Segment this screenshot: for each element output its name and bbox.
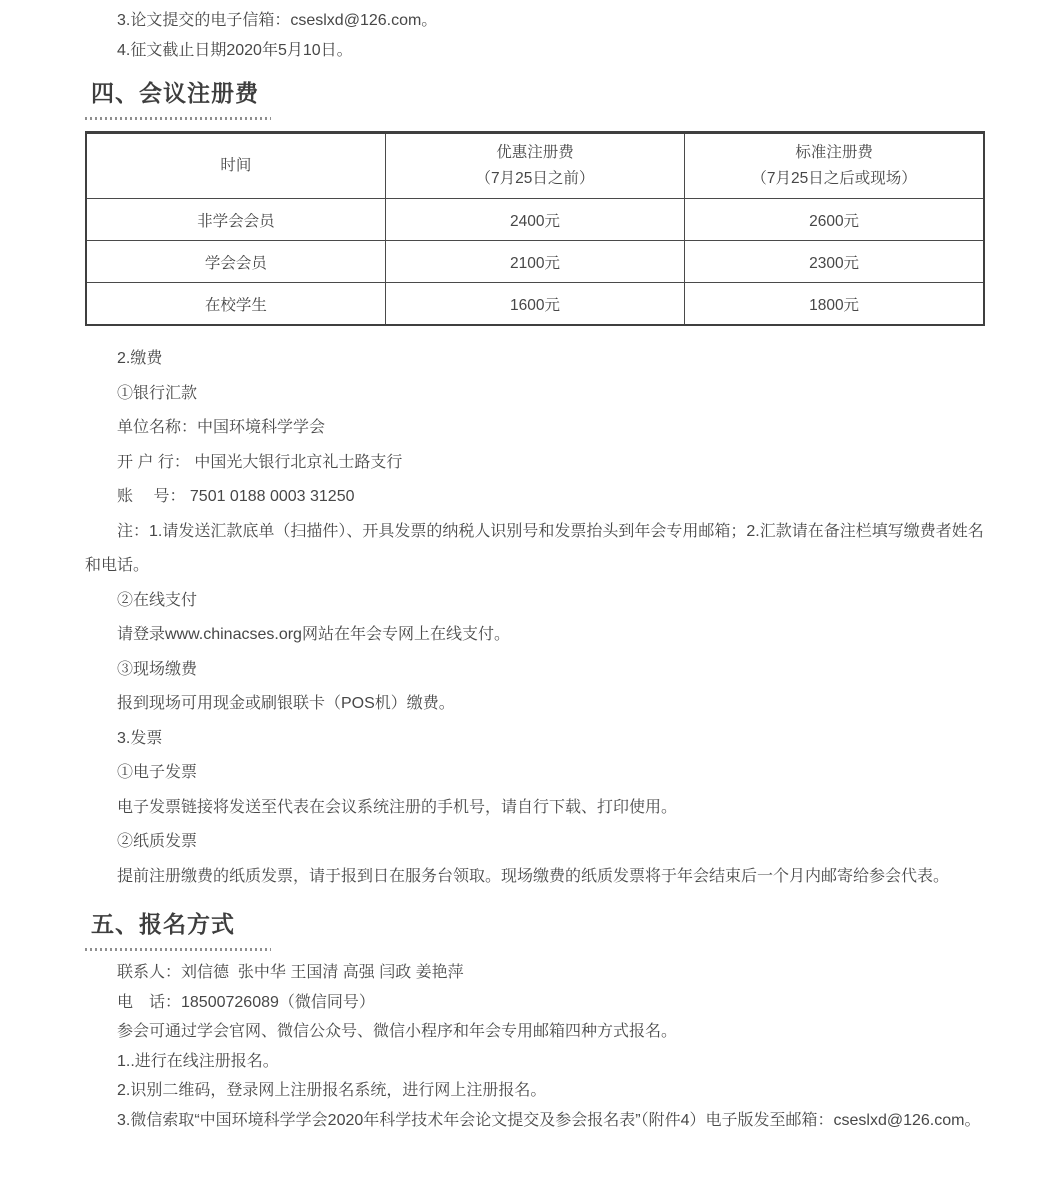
paragraph: 单位名称：中国环境科学学会 xyxy=(85,411,985,446)
paragraph: 参会可通过学会官网、微信公众号、微信小程序和年会专用邮箱四种方式报名。 xyxy=(85,1017,985,1047)
table-header-standard-fee: 标准注册费 （7月25日之后或现场） xyxy=(685,133,984,199)
paragraph: 2.缴费 xyxy=(85,342,985,377)
table-header-early-fee: 优惠注册费 （7月25日之前） xyxy=(385,133,684,199)
paragraph: ②在线支付 xyxy=(85,584,985,619)
table-row: 在校学生 1600元 1800元 xyxy=(86,283,984,326)
paragraph: 3.微信索取“中国环境科学学会2020年科学技术年会论文提交及参会报名表”（附件… xyxy=(85,1106,985,1136)
table-cell-standard-fee: 1800元 xyxy=(685,283,984,326)
signup-text-block: 联系人：刘信德 张中华 王国清 高强 闫政 姜艳萍 电 话：1850072608… xyxy=(85,958,985,1135)
paragraph: ①银行汇款 xyxy=(85,377,985,412)
dotted-rule xyxy=(85,948,271,951)
paragraph: ③现场缴费 xyxy=(85,653,985,688)
dotted-rule xyxy=(85,117,271,120)
section-heading-registration-fee: 四、会议注册费 xyxy=(85,78,985,108)
table-cell-category: 非学会会员 xyxy=(86,199,385,241)
paragraph: 提前注册缴费的纸质发票，请于报到日在服务台领取。现场缴费的纸质发票将于年会结束后… xyxy=(85,860,985,895)
table-cell-early-fee: 1600元 xyxy=(385,283,684,326)
paragraph: 报到现场可用现金或刷银联卡（POS机）缴费。 xyxy=(85,687,985,722)
table-cell-standard-fee: 2600元 xyxy=(685,199,984,241)
table-header-row: 时间 优惠注册费 （7月25日之前） 标准注册费 （7月25日之后或现场） xyxy=(86,133,984,199)
table-header-subtitle: （7月25日之后或现场） xyxy=(685,166,983,192)
paragraph: 请登录www.chinacses.org网站在年会专网上在线支付。 xyxy=(85,618,985,653)
paragraph: 3.发票 xyxy=(85,722,985,757)
payment-invoice-text-block: 2.缴费 ①银行汇款 单位名称：中国环境科学学会 开 户 行： 中国光大银行北京… xyxy=(85,342,985,894)
intro-block: 3.论文提交的电子信箱：cseslxd@126.com。 4.征文截止日期202… xyxy=(85,6,985,66)
table-header-title: 时间 xyxy=(87,153,385,179)
paragraph: 电子发票链接将发送至代表在会议系统注册的手机号，请自行下载、打印使用。 xyxy=(85,791,985,826)
table-row: 学会会员 2100元 2300元 xyxy=(86,241,984,283)
table-cell-early-fee: 2100元 xyxy=(385,241,684,283)
paragraph: ①电子发票 xyxy=(85,756,985,791)
table-header-time: 时间 xyxy=(86,133,385,199)
paragraph: 注：1.请发送汇款底单（扫描件）、开具发票的纳税人识别号和发票抬头到年会专用邮箱… xyxy=(85,515,985,584)
paragraph: 账 号： 7501 0188 0003 31250 xyxy=(85,480,985,515)
section-heading-signup: 五、报名方式 xyxy=(85,909,985,939)
paragraph: 开 户 行： 中国光大银行北京礼士路支行 xyxy=(85,446,985,481)
paragraph: 2.识别二维码，登录网上注册报名系统，进行网上注册报名。 xyxy=(85,1076,985,1106)
document-page: 3.论文提交的电子信箱：cseslxd@126.com。 4.征文截止日期202… xyxy=(85,0,985,1135)
table-cell-category: 在校学生 xyxy=(86,283,385,326)
intro-paragraph: 3.论文提交的电子信箱：cseslxd@126.com。 xyxy=(85,6,985,36)
table-header-subtitle: （7月25日之前） xyxy=(386,166,684,192)
table-cell-standard-fee: 2300元 xyxy=(685,241,984,283)
intro-paragraph: 4.征文截止日期2020年5月10日。 xyxy=(85,36,985,66)
paragraph: 电 话：18500726089（微信同号） xyxy=(85,988,985,1018)
paragraph: 1..进行在线注册报名。 xyxy=(85,1047,985,1077)
registration-fee-table: 时间 优惠注册费 （7月25日之前） 标准注册费 （7月25日之后或现场） 非学… xyxy=(85,131,985,326)
table-row: 非学会会员 2400元 2600元 xyxy=(86,199,984,241)
table-cell-category: 学会会员 xyxy=(86,241,385,283)
table-header-title: 优惠注册费 xyxy=(386,140,684,166)
table-cell-early-fee: 2400元 xyxy=(385,199,684,241)
table-header-title: 标准注册费 xyxy=(685,140,983,166)
paragraph: ②纸质发票 xyxy=(85,825,985,860)
paragraph: 联系人：刘信德 张中华 王国清 高强 闫政 姜艳萍 xyxy=(85,958,985,988)
